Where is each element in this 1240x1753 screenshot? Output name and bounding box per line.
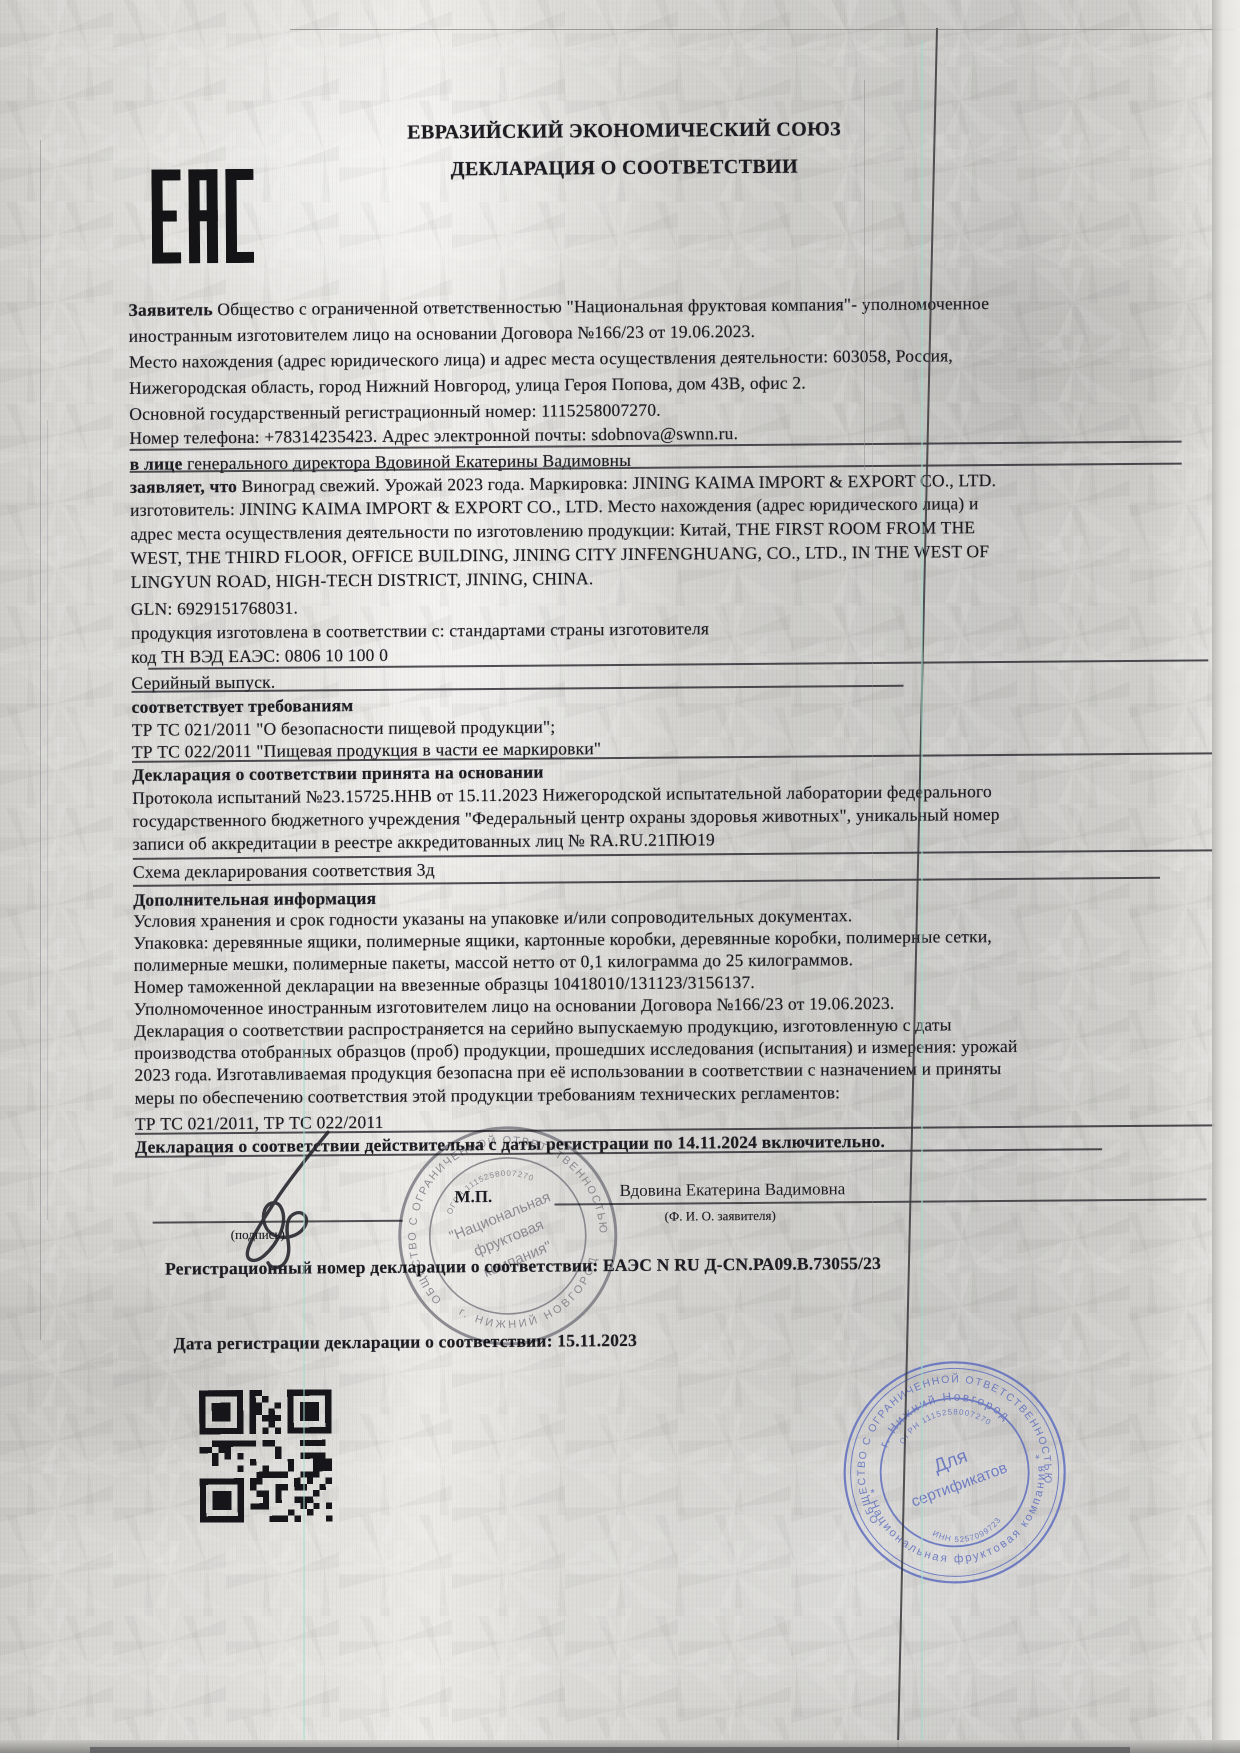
text-line: Нижегородская область, город Нижний Новг… <box>129 373 806 399</box>
text-line: государственного бюджетного учреждения "… <box>132 804 999 832</box>
text-line: LINGYUN ROAD, HIGH-TECH DISTRICT, JINING… <box>131 568 594 593</box>
text-line: записи об аккредитации в реестре аккреди… <box>133 829 715 855</box>
text-line: Декларация о соответствии принята на осн… <box>132 762 544 786</box>
document-title: ДЕКЛАРАЦИЯ О СООТВЕТСТВИИ <box>294 154 954 182</box>
handwritten-signature <box>207 1128 368 1271</box>
signature-caption: (подпись) <box>231 1227 285 1243</box>
page-bottom-edge-dark <box>90 1747 1130 1753</box>
text-line: меры по обеспечению соответствия этой пр… <box>135 1082 841 1109</box>
text-line: ТР ТС 021/2011 "О безопасности пищевой п… <box>132 717 556 741</box>
scanned-declaration-page: ЕВРАЗИЙСКИЙ ЭКОНОМИЧЕСКИЙ СОЮЗ ДЕКЛАРАЦИ… <box>0 0 1240 1753</box>
document-content: ЕВРАЗИЙСКИЙ ЭКОНОМИЧЕСКИЙ СОЮЗ ДЕКЛАРАЦИ… <box>0 0 1240 1753</box>
text-line: продукция изготовлена в соответствии с: … <box>131 618 709 644</box>
document-separators <box>0 0 1233 5</box>
page-top-edge-line <box>290 29 1235 30</box>
text-line: Схема декларирования соответствия 3д <box>133 859 435 882</box>
text-line: Основной государственный регистрационный… <box>129 400 661 425</box>
document-lines: Заявитель Общество с ограниченной ответс… <box>0 0 1233 5</box>
company-round-stamp-gray: ОБЩЕСТВО С ОГРАНИЧЕННОЙ ОТВЕТСТВЕННОСТЬЮ… <box>387 1115 629 1357</box>
text-line: изготовитель: JINING KAIMA IMPORT & EXPO… <box>130 493 979 521</box>
text-line: Заявитель Общество с ограниченной ответс… <box>128 293 989 321</box>
svg-text:Для: Для <box>931 1446 970 1478</box>
text-line: код ТН ВЭД ЕАЭС: 0806 10 100 0 <box>131 645 388 668</box>
applicant-name-caption: (Ф. И. О. заявителя) <box>665 1208 776 1225</box>
text-line: WEST, THE THIRD FLOOR, OFFICE BUILDING, … <box>130 541 989 569</box>
qr-code <box>199 1389 333 1528</box>
text-line: иностранным изготовителем лицо на основа… <box>129 321 756 347</box>
company-round-stamp-blue: ОБЩЕСТВО С ОГРАНИЧЕННОЙ ОТВЕТСТВЕННОСТЬЮ… <box>834 1351 1076 1593</box>
eac-logo-icon <box>151 169 254 269</box>
text-line: Место нахождения (адрес юридического лиц… <box>129 345 953 372</box>
union-title: ЕВРАЗИЙСКИЙ ЭКОНОМИЧЕСКИЙ СОЮЗ <box>294 117 954 145</box>
page-right-edge <box>1212 0 1240 1753</box>
text-line: GLN: 6929151768031. <box>131 598 298 620</box>
text-line: адрес места осуществления деятельности п… <box>130 517 975 545</box>
text-line: соответствует требованиям <box>132 695 354 718</box>
text-line: Дополнительная информация <box>133 888 376 911</box>
